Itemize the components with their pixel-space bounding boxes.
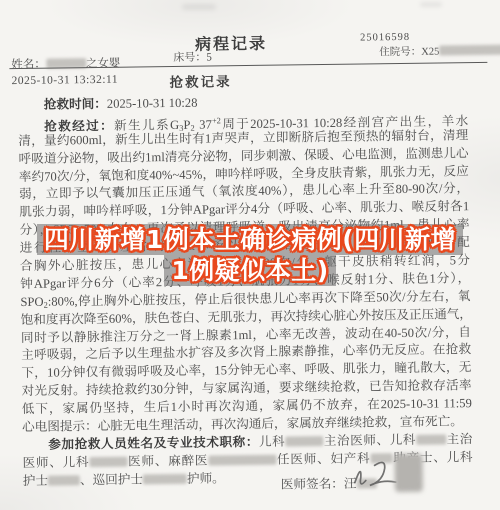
text-segment: 抢救时间： (44, 97, 107, 112)
text-segment: 儿科 (259, 434, 286, 448)
text-segment: 37 (195, 117, 212, 131)
news-headline-overlay: 四川新增1例本土确诊病例(四川新增 1例疑似本土) (0, 224, 500, 286)
text-segment: 医师、儿科 (22, 455, 89, 470)
record-serial-number: 25016598 (360, 32, 410, 44)
text-segment: +2 (212, 115, 221, 125)
text-segment: 、巡回护士 (80, 472, 143, 487)
section-title-rescue-record: 抢救记录 (169, 70, 231, 91)
admission-number-row: 住院号：X25 (379, 43, 500, 60)
text-segment: 主治医师、儿科 (323, 433, 416, 448)
scanned-medical-record: 病程记录 25016598 住院号：X25 床号：5 姓名：之女婴 2025-1… (0, 0, 500, 510)
redacted-signature-stamp (394, 454, 422, 492)
redacted-text (143, 474, 187, 485)
signature-label: 医师签名：汪 (281, 477, 357, 492)
redacted-text (48, 475, 80, 485)
headline-line-1: 四川新增1例本土确诊病例(四川新增 (37, 224, 463, 255)
record-timestamp: 2025-10-31 13:32:11 (11, 74, 118, 87)
text-segment: 主治 (446, 432, 473, 446)
text-segment: SPO (20, 295, 43, 309)
text-segment: 2025-10-31 10:28 (107, 96, 198, 111)
text-segment: 医师、麻醉医 (127, 453, 208, 468)
headline-line-2: 1例疑似本土) (164, 255, 335, 286)
patient-name-row: 姓名：之女婴 (11, 55, 120, 72)
text-segment: 护师。 (187, 471, 225, 485)
text-segment: 参加抢救人员姓名及专业技术职称： (48, 435, 259, 452)
admission-number-label: 住院号：X25 (379, 47, 439, 59)
redacted-text (208, 454, 276, 465)
text-segment: :80%,停止胸外心脏按压，停止后很快患儿心率再次下降至50次/分左右，氧 (48, 289, 471, 309)
text-segment: 护士 (23, 473, 48, 487)
record-body-text: 抢救时间：2025-10-31 10:28抢救经过：新生儿系G3P2 37+2周… (18, 91, 473, 490)
name-label: 姓名： (11, 59, 46, 71)
redacted-text (89, 456, 127, 466)
name-suffix: 之女婴 (86, 58, 121, 70)
text-segment: 抢救经过： (44, 119, 114, 133)
redacted-text (416, 434, 446, 444)
redacted-text (285, 436, 323, 446)
redacted-admission-number (439, 45, 500, 56)
text-segment: 心电图提示：心脏无电生理活动，再次沟通后，家属放弃继续抢救，宣布死亡。 (22, 414, 463, 434)
bed-number: 床号：5 (173, 48, 212, 65)
